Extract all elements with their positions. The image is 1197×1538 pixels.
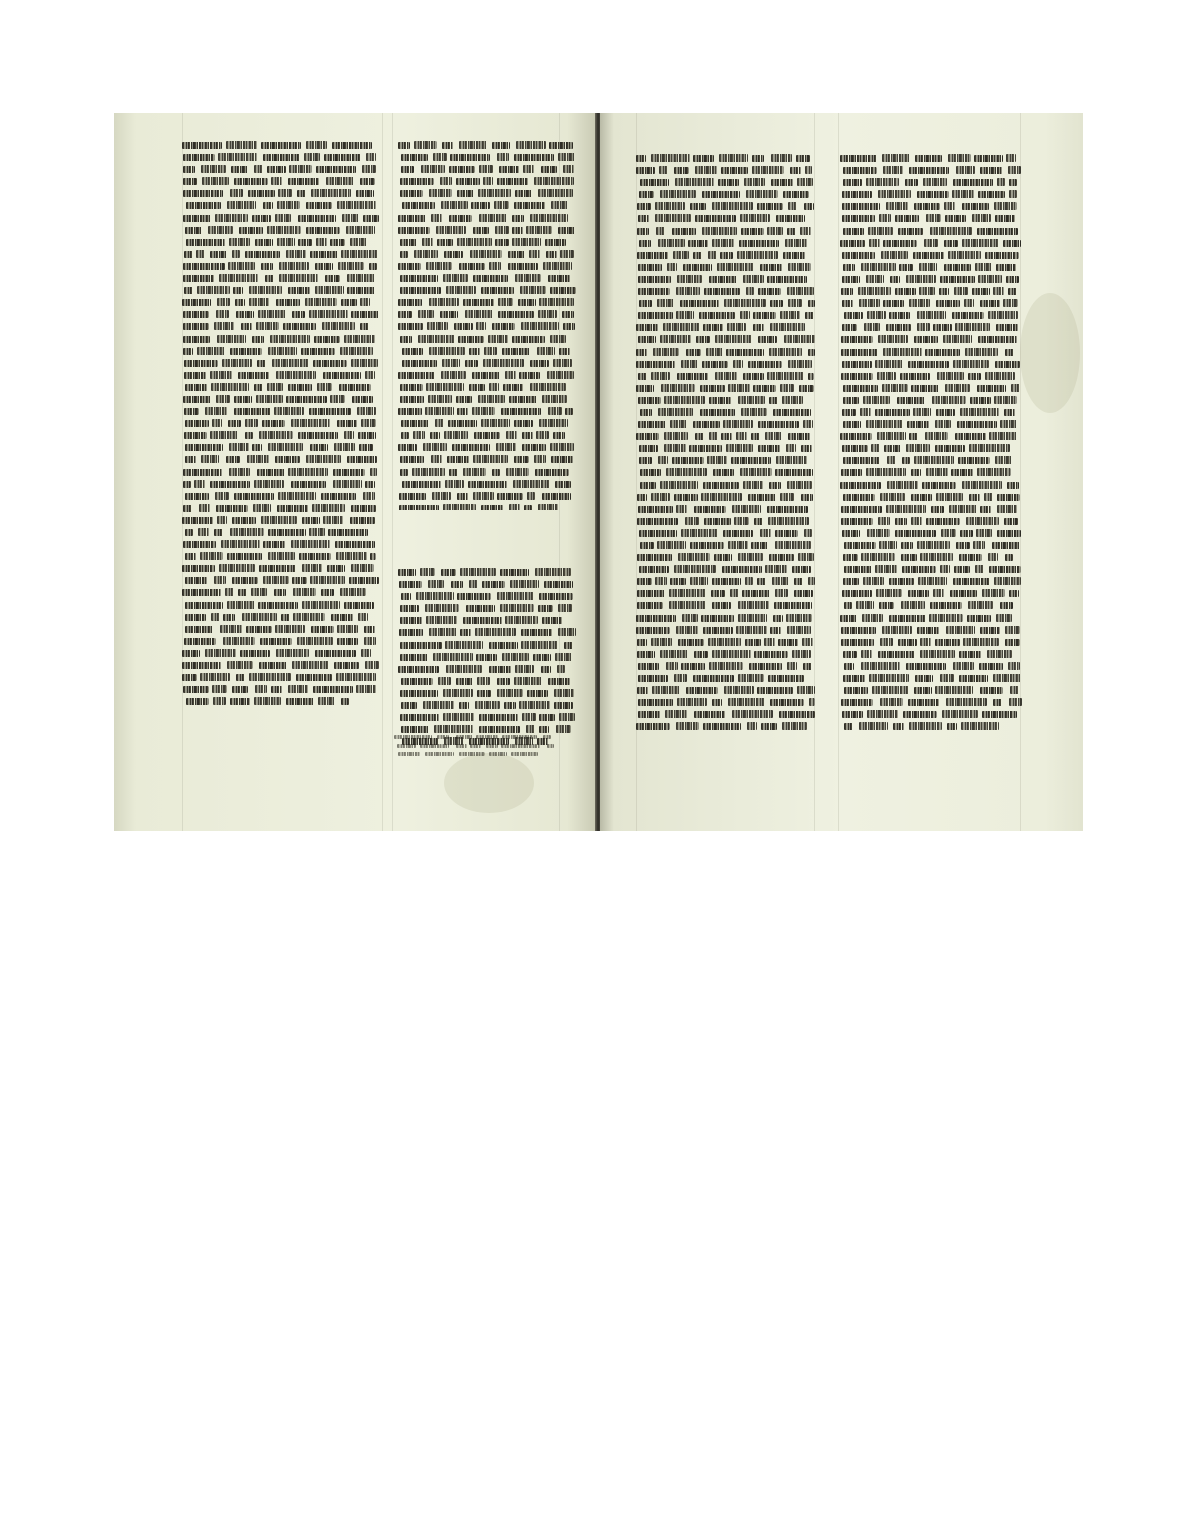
- text-line: [840, 153, 1022, 165]
- text-line: [398, 297, 576, 309]
- text-line: [636, 153, 816, 165]
- text-line: [182, 164, 380, 176]
- text-line: [636, 226, 816, 238]
- text-line: [840, 431, 1022, 443]
- text-line: [182, 225, 380, 237]
- text-line: [398, 285, 576, 297]
- text-line: [840, 576, 1022, 588]
- text-line: [840, 371, 1022, 383]
- text-line: [636, 721, 816, 733]
- text-line: [182, 696, 380, 708]
- text-line: [398, 603, 576, 615]
- manuscript-spread: [114, 113, 1083, 831]
- text-line: [398, 615, 576, 627]
- text-line: [840, 588, 1022, 600]
- text-line: [636, 189, 816, 201]
- text-line: [398, 249, 576, 261]
- text-line: [840, 709, 1022, 721]
- text-line: [398, 370, 576, 382]
- text-line: [636, 298, 816, 310]
- text-line: [840, 721, 1022, 733]
- text-line: [840, 383, 1022, 395]
- text-line: [840, 213, 1022, 225]
- text-line: [398, 382, 576, 394]
- text-line: [182, 200, 380, 212]
- text-line: [840, 359, 1022, 371]
- text-line: [840, 443, 1022, 455]
- text-line: [840, 177, 1022, 189]
- text-line: [182, 140, 380, 152]
- text-line: [182, 346, 380, 358]
- text-line: [840, 613, 1022, 625]
- text-line: [182, 527, 380, 539]
- text-line: [394, 750, 554, 758]
- left-page: [114, 113, 596, 831]
- text-line: [636, 467, 816, 479]
- text-line: [840, 564, 1022, 576]
- text-line: [398, 579, 576, 591]
- text-line: [182, 503, 380, 515]
- text-line: [398, 467, 576, 479]
- text-line: [398, 491, 576, 503]
- text-line: [636, 685, 816, 697]
- text-line: [840, 310, 1022, 322]
- text-line: [398, 140, 576, 152]
- text-line: [840, 685, 1022, 697]
- text-line: [394, 742, 554, 750]
- text-line: [636, 516, 816, 528]
- text-line: [182, 467, 380, 479]
- text-line: [398, 700, 576, 712]
- text-line: [182, 418, 380, 430]
- text-line: [182, 612, 380, 624]
- text-line: [636, 661, 816, 673]
- text-line: [398, 213, 576, 225]
- text-line: [840, 347, 1022, 359]
- text-line: [398, 237, 576, 249]
- text-line: [840, 419, 1022, 431]
- text-line: [398, 430, 576, 442]
- text-line: [636, 322, 816, 334]
- text-line: [636, 177, 816, 189]
- left-page-column-2-lower-block: [398, 567, 576, 747]
- text-line: [636, 395, 816, 407]
- text-line: [636, 637, 816, 649]
- text-line: [840, 250, 1022, 262]
- text-line: [636, 504, 816, 516]
- text-line: [636, 709, 816, 721]
- text-line: [636, 274, 816, 286]
- text-line: [636, 564, 816, 576]
- text-line: [840, 407, 1022, 419]
- text-line: [636, 431, 816, 443]
- text-line: [840, 298, 1022, 310]
- text-line: [636, 588, 816, 600]
- text-line: [636, 238, 816, 250]
- text-line: [182, 406, 380, 418]
- marginal-note: [394, 733, 554, 763]
- text-line: [840, 286, 1022, 298]
- text-line: [636, 649, 816, 661]
- right-page-column-2: [840, 153, 1022, 733]
- text-line: [840, 395, 1022, 407]
- text-line: [182, 249, 380, 261]
- text-line: [398, 164, 576, 176]
- text-line: [182, 575, 380, 587]
- text-line: [182, 273, 380, 285]
- right-page-column-1: [636, 153, 816, 733]
- text-line: [182, 587, 380, 599]
- text-line: [636, 528, 816, 540]
- text-line: [840, 189, 1022, 201]
- text-line: [182, 297, 380, 309]
- text-line: [182, 321, 380, 333]
- text-line: [182, 334, 380, 346]
- text-line: [182, 624, 380, 636]
- text-line: [636, 480, 816, 492]
- text-line: [182, 309, 380, 321]
- text-line: [398, 479, 576, 491]
- text-line: [636, 673, 816, 685]
- text-line: [398, 176, 576, 188]
- text-line: [840, 334, 1022, 346]
- text-line: [840, 504, 1022, 516]
- text-line: [840, 480, 1022, 492]
- text-line: [840, 165, 1022, 177]
- text-line: [840, 552, 1022, 564]
- text-line: [182, 563, 380, 575]
- text-line: [182, 515, 380, 527]
- text-line: [182, 370, 380, 382]
- text-line: [636, 492, 816, 504]
- text-line: [840, 322, 1022, 334]
- text-line: [398, 664, 576, 676]
- text-line: [398, 321, 576, 333]
- text-line: [182, 672, 380, 684]
- text-line: [398, 567, 576, 579]
- text-line: [636, 625, 816, 637]
- text-line: [182, 442, 380, 454]
- left-page-column-2: [398, 140, 576, 510]
- text-line: [840, 492, 1022, 504]
- text-line: [636, 310, 816, 322]
- text-line: [636, 552, 816, 564]
- text-line: [840, 238, 1022, 250]
- text-line: [636, 383, 816, 395]
- text-line: [398, 346, 576, 358]
- text-line: [840, 201, 1022, 213]
- text-line: [636, 165, 816, 177]
- text-line: [398, 225, 576, 237]
- text-line: [636, 201, 816, 213]
- text-line: [840, 661, 1022, 673]
- text-line: [636, 455, 816, 467]
- text-line: [636, 347, 816, 359]
- text-line: [182, 176, 380, 188]
- text-line: [398, 454, 576, 466]
- text-line: [182, 648, 380, 660]
- text-line: [182, 600, 380, 612]
- text-line: [398, 418, 576, 430]
- text-line: [840, 637, 1022, 649]
- text-line: [636, 419, 816, 431]
- text-line: [840, 528, 1022, 540]
- text-line: [398, 688, 576, 700]
- text-line: [182, 358, 380, 370]
- text-line: [840, 625, 1022, 637]
- text-line: [636, 613, 816, 625]
- text-line: [398, 188, 576, 200]
- text-line: [398, 591, 576, 603]
- text-line: [840, 226, 1022, 238]
- text-line: [636, 576, 816, 588]
- text-line: [636, 250, 816, 262]
- text-line: [182, 152, 380, 164]
- text-line: [840, 467, 1022, 479]
- text-line: [636, 697, 816, 709]
- text-line: [840, 274, 1022, 286]
- text-line: [182, 285, 380, 297]
- text-line: [182, 551, 380, 563]
- text-line: [398, 334, 576, 346]
- text-line: [182, 213, 380, 225]
- text-line: [398, 406, 576, 418]
- text-line: [398, 261, 576, 273]
- text-line: [398, 627, 576, 639]
- text-line: [636, 371, 816, 383]
- text-line: [182, 430, 380, 442]
- text-line: [182, 188, 380, 200]
- text-line: [398, 503, 576, 510]
- text-line: [182, 539, 380, 551]
- text-line: [394, 733, 554, 741]
- text-line: [636, 407, 816, 419]
- text-line: [636, 334, 816, 346]
- text-line: [398, 652, 576, 664]
- text-line: [398, 200, 576, 212]
- text-line: [840, 697, 1022, 709]
- left-page-column-1: [182, 140, 380, 740]
- text-line: [182, 237, 380, 249]
- text-line: [840, 649, 1022, 661]
- text-line: [182, 261, 380, 273]
- text-line: [182, 684, 380, 696]
- text-line: [636, 213, 816, 225]
- text-line: [636, 359, 816, 371]
- text-line: [182, 454, 380, 466]
- text-line: [840, 600, 1022, 612]
- text-line: [398, 358, 576, 370]
- text-line: [840, 455, 1022, 467]
- text-line: [182, 636, 380, 648]
- text-line: [398, 640, 576, 652]
- text-line: [398, 676, 576, 688]
- right-page: [600, 113, 1083, 831]
- text-line: [636, 443, 816, 455]
- text-line: [182, 394, 380, 406]
- text-line: [182, 479, 380, 491]
- text-line: [636, 286, 816, 298]
- text-line: [398, 273, 576, 285]
- text-line: [398, 309, 576, 321]
- text-line: [398, 394, 576, 406]
- text-line: [840, 262, 1022, 274]
- text-line: [840, 540, 1022, 552]
- text-line: [636, 600, 816, 612]
- text-line: [398, 442, 576, 454]
- text-line: [636, 262, 816, 274]
- text-line: [840, 516, 1022, 528]
- text-line: [636, 540, 816, 552]
- text-line: [840, 673, 1022, 685]
- text-line: [398, 152, 576, 164]
- text-line: [182, 382, 380, 394]
- text-line: [182, 491, 380, 503]
- text-line: [182, 660, 380, 672]
- text-line: [398, 712, 576, 724]
